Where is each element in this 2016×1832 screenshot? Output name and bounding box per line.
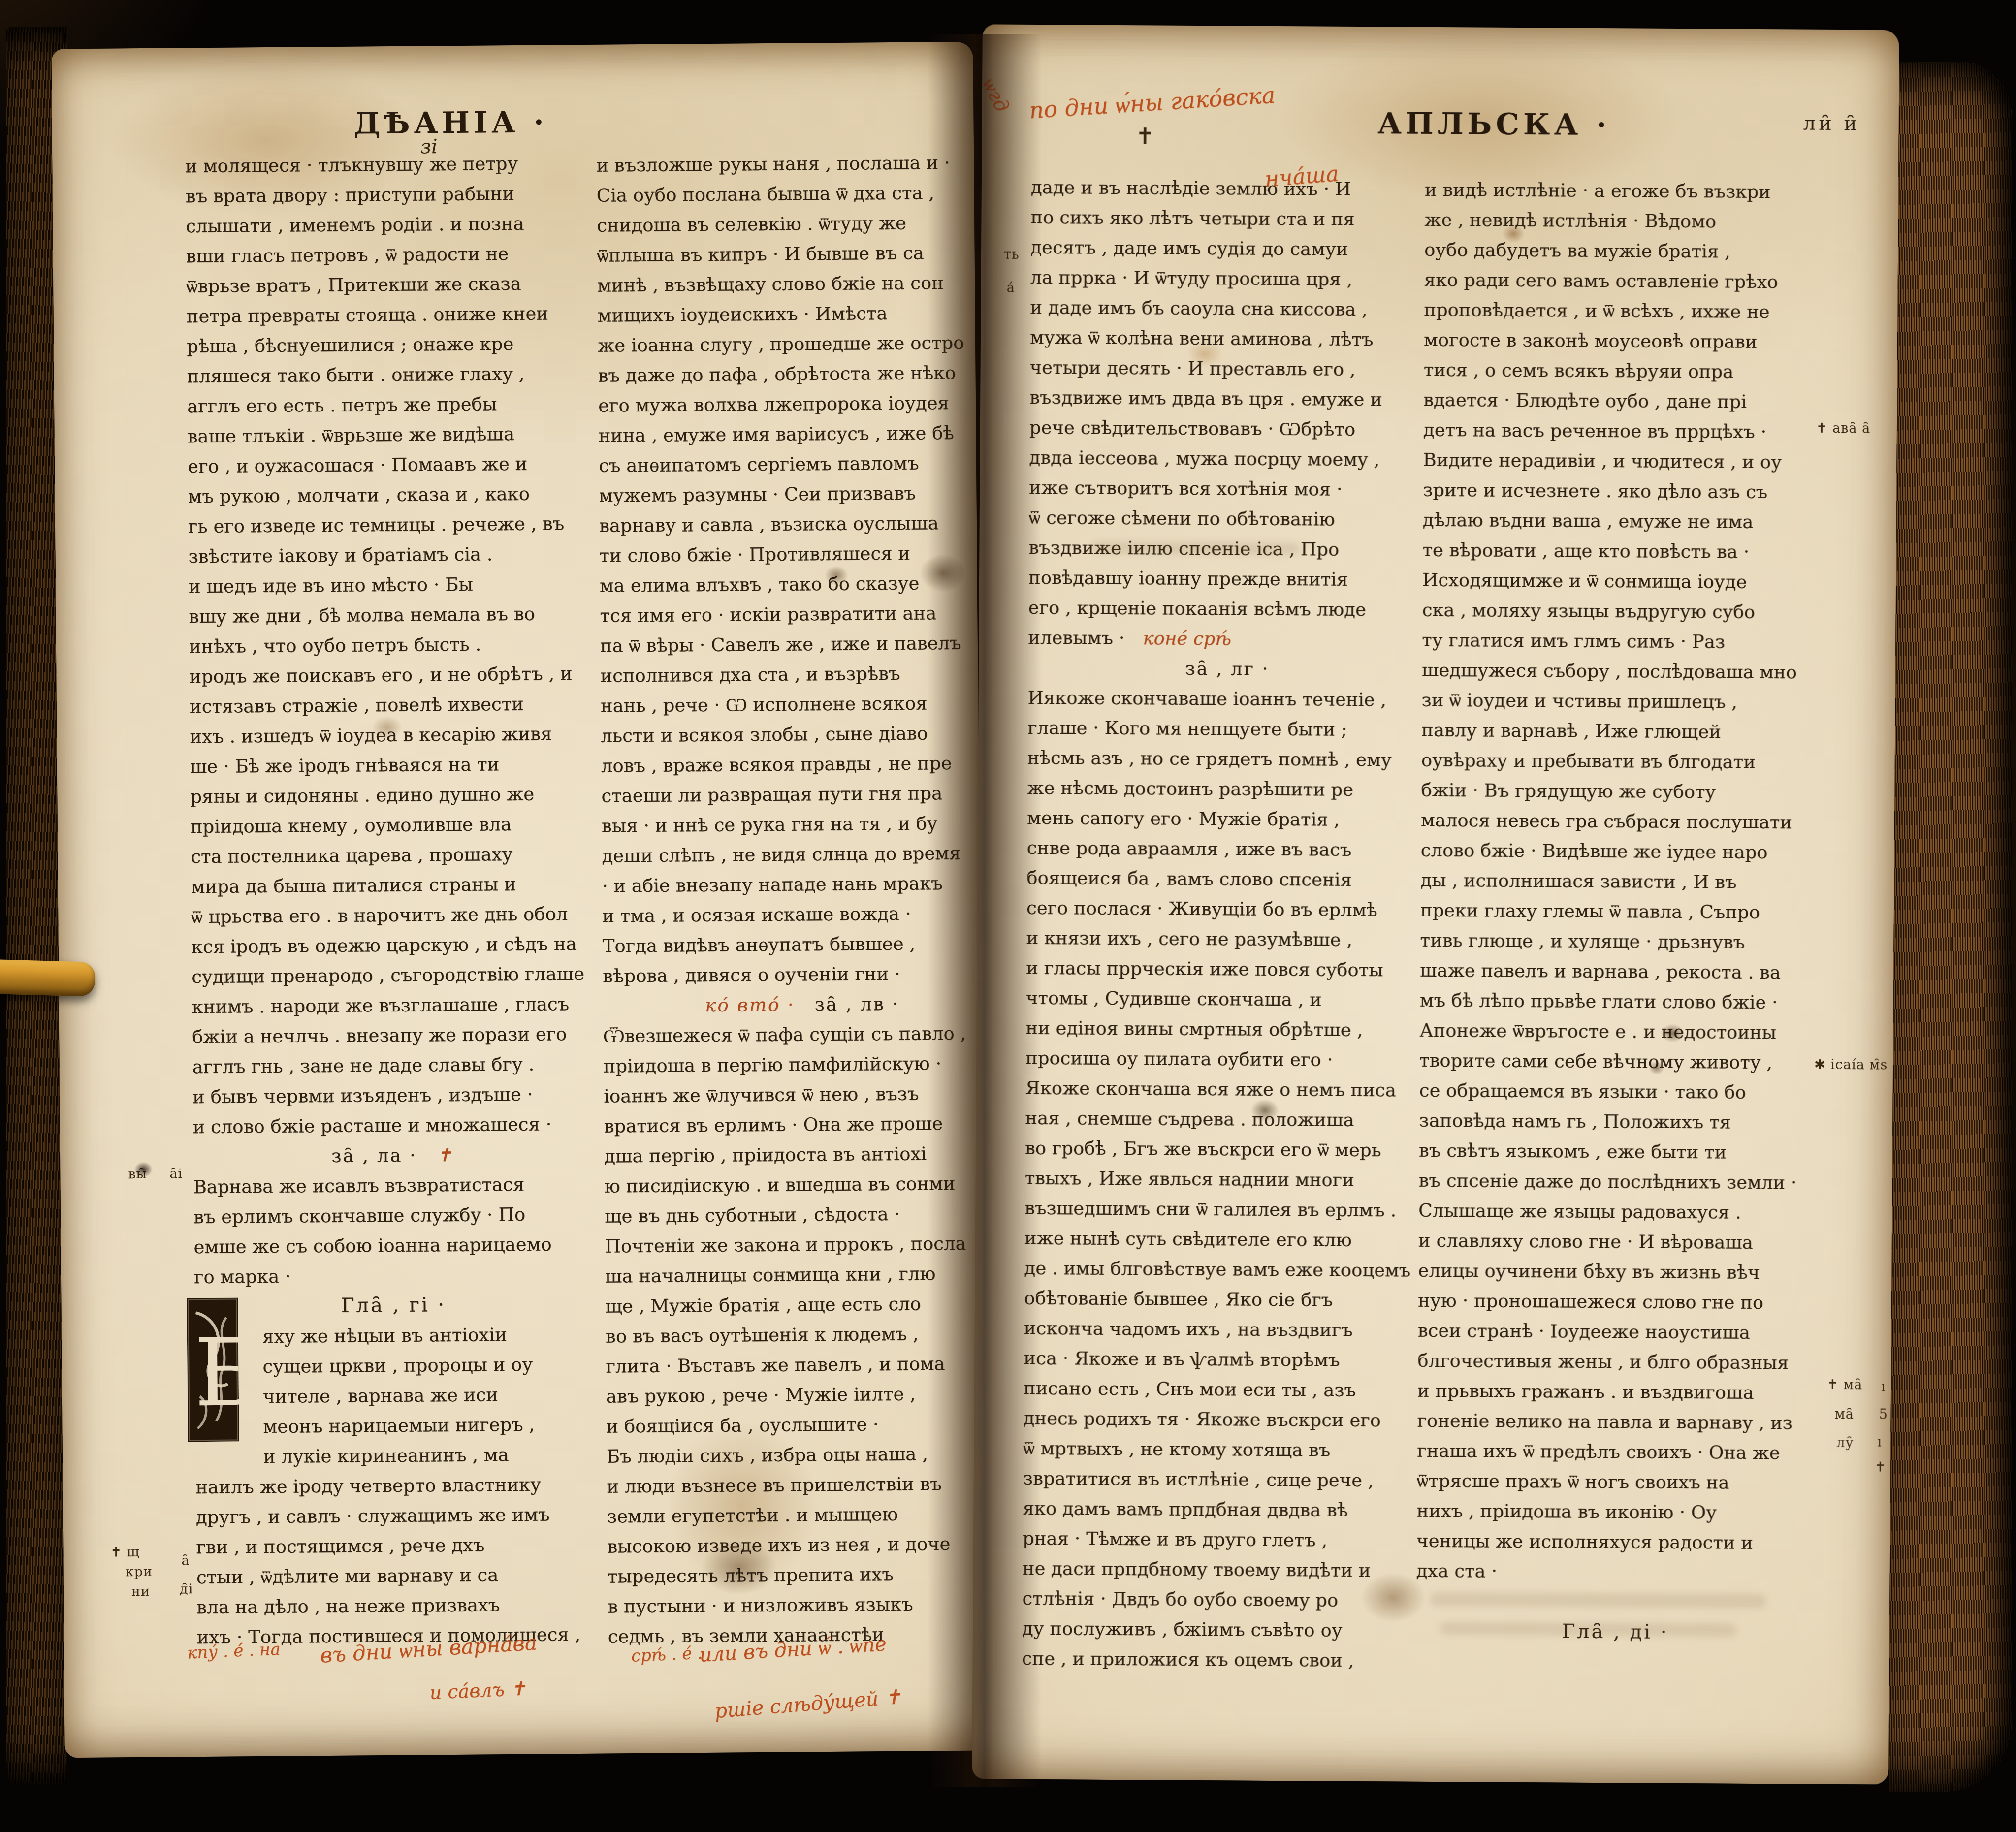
text-line: петра превраты стояща . ониже кнеи <box>186 298 585 331</box>
bookmark-stick <box>0 959 96 997</box>
text-line: зи ѿ іоудеи и чстивы пришлецъ , <box>1421 685 1820 718</box>
text-line: стаеши ли развращая пути гня пра <box>601 778 1000 811</box>
text-line: снве рода авраамля , иже въ васъ <box>1027 833 1426 865</box>
text-line: ѿ мртвыхъ , не ктому хотяща въ <box>1023 1433 1422 1466</box>
text-line: и молящеся · тлъкнувшу же петру <box>185 148 584 181</box>
left-page: ДѢАНІА · зі и молящеся · тлъкнувшу же пе… <box>51 42 986 1758</box>
text-line: рече свѣдительствовавъ · Ѡбрѣто <box>1029 412 1428 445</box>
text-line: ная , снемше съдрева . положиша <box>1025 1103 1424 1136</box>
zachalo-mark: за̑ , ла · ✝ <box>193 1139 592 1172</box>
text-line: ѿврьзе вратъ , Притекши же сказа <box>186 268 585 301</box>
text-line: высокою изведе ихъ из нея , и доче <box>607 1528 1006 1561</box>
text-line: Почтеніи же закона и пррокъ , посла <box>605 1228 1003 1261</box>
text-line: · и абіе внезапу нападе нань мракъ <box>602 868 1001 901</box>
text-line: варнаву и савла , възиска оуслыша <box>599 507 998 540</box>
text-line: во въ васъ оутѣшенія к людемъ , <box>606 1318 1004 1351</box>
rubric-annotation: и са́влъ ✝ <box>429 1678 527 1704</box>
text-line: чителе , варнава же иси <box>195 1379 594 1412</box>
text-line: Бъ людіи сихъ , избра оцы наша , <box>607 1438 1005 1471</box>
text-line: вла на дѣло , на неже призвахъ <box>196 1589 595 1622</box>
text-line: вши гласъ петровъ , ѿ радости не <box>186 238 584 271</box>
text-line: и тма , и осязая искаше вожда · <box>602 898 1001 931</box>
text-line: Слышаще же языцы радовахуся . <box>1418 1196 1817 1228</box>
text-line: стлѣнія · Двдъ бо оубо своему ро <box>1022 1583 1421 1616</box>
margin-note: кри <box>126 1564 153 1579</box>
text-line: земли егупетстѣи . и мышцею <box>607 1498 1006 1531</box>
margin-note: ✝ ава̑ а̑ <box>1816 421 1870 437</box>
text-line: възшедшимъ сни ѿ галилея въ ерлмъ . <box>1024 1193 1423 1226</box>
text-line: яху же нѣцыи въ антіохіи <box>194 1319 593 1352</box>
text-line: деши слѣпъ , не видя слнца до время <box>602 838 1000 871</box>
right-column-1: даде и въ наслѣдіе землю ихъ · Ипо сихъ … <box>1022 172 1430 1676</box>
text-line: обѣтованіе бывшее , Яко сіе бгъ <box>1024 1283 1423 1316</box>
text-line: въ спсеніе даже до послѣднихъ земли · <box>1418 1166 1817 1198</box>
text-line: съ анѳипатомъ сергіемъ павломъ <box>599 447 997 480</box>
text-line: рѣша , бѣснуешилися ; онаже кре <box>187 328 585 361</box>
text-line: дша пергію , пріидоста въ антіохі <box>604 1138 1003 1171</box>
left-running-title: ДѢАНІА · <box>263 104 638 142</box>
text-line: преки глаху глемы ѿ павла , Съпро <box>1420 895 1819 928</box>
text-line: ма елима влъхвъ , тако бо сказуе <box>600 568 998 600</box>
text-line: чтомы , Судивше скончаша , и <box>1026 983 1425 1015</box>
text-line: те вѣровати , аще кто повѣсть ва · <box>1422 535 1821 568</box>
text-line: ду послуживъ , бжіимъ съвѣто оу <box>1022 1613 1421 1646</box>
text-line: детъ на васъ реченное въ пррцѣхъ · <box>1423 415 1822 447</box>
text-line: де . имы блговѣствуе вамъ еже кооцемъ <box>1024 1253 1423 1286</box>
text-line: ту глатися имъ глмъ симъ · Раз <box>1422 625 1821 658</box>
text-line: книмъ . народи же възглашаше , гласъ <box>192 989 590 1022</box>
text-line: нѣсмь азъ , но се грядетъ помнѣ , ему <box>1027 743 1426 775</box>
text-line: даде и въ наслѣдіе землю ихъ · И <box>1031 172 1430 205</box>
text-line: и слово бжіе расташе и множашеся · <box>192 1109 591 1142</box>
text-line: тивь глюще , и хуляще · дрьзнувъ <box>1420 925 1819 958</box>
text-line: глита · Въставъ же павелъ , и пома <box>606 1348 1004 1381</box>
text-line: Видите нерадивіи , и чюдитеся , и оу <box>1423 445 1822 477</box>
text-line: творите сами себе вѣчному животу , <box>1419 1045 1818 1078</box>
text-line: тися , о семъ всякъ вѣруяи опра <box>1423 355 1822 387</box>
text-line: нань , рече · Ѡ исполнене всякоя <box>601 688 999 721</box>
text-line: ченицы же исполняхуся радости и <box>1416 1526 1815 1558</box>
text-line: и бывъ червми изъяденъ , издъше · <box>192 1079 591 1112</box>
margin-note: лу̑ <box>1836 1435 1854 1451</box>
text-line: Апонеже ѿвръгосте е . и недостоины <box>1419 1015 1818 1048</box>
rubric-annotation: ѡгд <box>977 74 1014 116</box>
text-line: въ свѣтъ языкомъ , еже быти ти <box>1419 1136 1818 1168</box>
text-line: Ѿвезшежеся ѿ пафа сущіи съ павло , ✝ <box>603 1018 1002 1051</box>
margin-note: ✝ щ <box>110 1545 140 1560</box>
text-line: тыредесять лѣтъ препита ихъ <box>608 1558 1006 1591</box>
text-line: мужемъ разумны · Сеи призвавъ <box>599 477 997 510</box>
text-line: Иякоже скончаваше іоаннъ теченіе , <box>1027 683 1426 715</box>
text-line: заповѣда намъ гь , Положихъ тя <box>1419 1106 1818 1138</box>
text-line: ти слово бжіе · Противляшеся и <box>599 537 998 570</box>
margin-note: а̑і <box>169 1166 183 1181</box>
text-line: исполнився дха ста , и възрѣвъ <box>600 658 999 691</box>
text-line: выя · и ннѣ се рука гня на тя , и бу <box>602 808 1000 841</box>
text-line: слышати , именемъ родіи . и позна <box>186 208 584 241</box>
text-line: мень сапогу его · Мужіе братія , <box>1027 803 1426 835</box>
rubric-annotation: ршіе слѣду́щей ✝ <box>714 1686 902 1723</box>
text-line: елицы оучинени бѣху въ жизнь вѣч <box>1418 1256 1817 1288</box>
show-through-text <box>1440 1622 1736 1637</box>
text-line: агглъ гнь , зане не даде славы бгу . <box>192 1049 591 1082</box>
text-line: дха ста · <box>1416 1556 1815 1588</box>
text-line: в пустыни · и низложивъ языкъ <box>608 1588 1006 1621</box>
text-line: не даси прпдбному твоему видѣти и <box>1023 1553 1421 1586</box>
text-line: гви , и постящимся , рече дхъ <box>196 1529 595 1562</box>
margin-note: ни <box>131 1584 150 1599</box>
text-line: тся имя его · искіи развратити ана <box>600 598 998 631</box>
text-line: звратитися въ истлѣніе , сице рече , <box>1023 1463 1422 1496</box>
text-line: вшу же дни , бѣ молва немала въ во <box>189 599 587 632</box>
text-line: иже нынѣ суть свѣдителе его клю <box>1024 1223 1423 1256</box>
text-line: іоаннъ же ѿлучився ѿ нею , възъ <box>604 1078 1002 1111</box>
text-line: дѣлаю въдни ваша , емуже не има <box>1423 505 1822 537</box>
text-line: же нѣсмь достоинъ разрѣшити ре <box>1027 773 1426 805</box>
text-line: малося невесь гра събрася послушати <box>1421 805 1820 838</box>
text-line: шаже павелъ и варнава , рекоста . ва <box>1420 955 1819 988</box>
text-line: шедшужеся събору , послѣдоваша мно <box>1422 655 1821 688</box>
margin-note: 5 <box>1879 1407 1888 1422</box>
text-line: авъ рукою , рече · Мужіе іилте , <box>606 1378 1005 1411</box>
text-line: во гробѣ , Бгъ же въскрси его ѿ мерь <box>1025 1133 1424 1166</box>
text-line: ваше тлъкіи . ѿврьзше же видѣша <box>187 418 586 451</box>
text-line: по сихъ яко лѣтъ четыри ста и пя <box>1030 202 1429 235</box>
text-line: агглъ его есть . петръ же пребы <box>187 388 586 421</box>
text-line: мъ рукою , молчати , сказа и , како <box>188 478 586 511</box>
text-line: илевымъ · коне́ срѣ́ <box>1028 623 1427 655</box>
text-line: сущеи цркви , пророцы и оу <box>194 1349 593 1382</box>
text-line: и шедъ иде въ ино мѣсто · Бы <box>189 569 587 601</box>
text-line: мищихъ іоудеискихъ · Имѣста <box>597 297 996 330</box>
text-line: ловъ , враже всякоя правды , не пре <box>601 748 1000 781</box>
text-line: глаше · Кого мя непщуете быти ; <box>1027 713 1426 745</box>
text-line: ни едіноя вины смртныя обрѣтше , <box>1025 1013 1424 1045</box>
margin-note: д̑і <box>180 1581 193 1597</box>
text-line: ряны и сидоняны . едино душно же <box>190 779 589 812</box>
text-line: оувѣраху и пребывати въ блгодати <box>1421 745 1820 778</box>
text-line: вдается · Блюдѣте оубо , дане прі <box>1423 385 1822 417</box>
text-line: бжіи · Въ грядущую же суботу <box>1421 775 1820 808</box>
text-line: вратися въ ерлимъ · Она же проше <box>604 1108 1002 1141</box>
text-line: зрите и исчезнете . яко дѣло азъ съ <box>1423 475 1822 507</box>
text-line: ша началницы сонмища кни , глю <box>605 1258 1004 1291</box>
margin-note: ма̑ <box>1835 1407 1854 1422</box>
text-line: днесь родихъ тя · Якоже въскрси его <box>1023 1403 1422 1436</box>
text-line: и видѣ истлѣніе · а егоже бъ възкри <box>1425 175 1824 207</box>
ornate-initial-B: Б <box>187 1298 239 1444</box>
text-line: въ ерлимъ скончавше службу · По <box>193 1199 592 1232</box>
folio-number: ли̑ и̑ <box>1803 112 1860 135</box>
ink-cross-mark: ✝ <box>1135 123 1155 149</box>
text-line: льсти и всякоя злобы , сыне діаво <box>601 718 999 751</box>
margin-note: ✝ <box>1875 1459 1887 1475</box>
text-line: и прьвыхъ гражанъ . и въздвигоша <box>1417 1376 1816 1408</box>
text-line: го марка · <box>194 1259 593 1292</box>
left-column-1: и молящеся · тлъкнувшу же петрувъ врата … <box>185 148 596 1652</box>
margin-note: ✱ ісаі́а м̑ѕ <box>1814 1057 1888 1073</box>
text-line: меонъ нарицаемыи нигеръ , <box>195 1409 594 1442</box>
show-through-text <box>1431 1592 1765 1608</box>
text-line: вѣрова , дивяся о оученіи гни · <box>603 958 1001 991</box>
text-line: просиша оу пилата оубити его · <box>1025 1043 1424 1075</box>
show-through-text <box>1092 542 1299 555</box>
text-line: гнаша ихъ ѿ предѣлъ своихъ · Она же <box>1417 1436 1816 1468</box>
text-line: и славляху слово гне · И вѣроваша <box>1418 1226 1817 1258</box>
text-line: звѣстите іакову и братіамъ сіа . <box>188 538 587 571</box>
text-line: въ врата двору : приступи рабыни <box>186 178 584 211</box>
text-line: и люди възнесе въ пришелствіи въ <box>607 1468 1005 1501</box>
left-column-2: и възложше рукы наня , послаша и ·Сіа оу… <box>596 147 1007 1651</box>
text-line: ную · проношашежеся слово гне по <box>1418 1286 1817 1318</box>
text-line: мужа ѿ колѣна вени аминова , лѣтъ <box>1030 322 1429 355</box>
text-line: пріидоша в пергію памфилійскую · <box>603 1048 1002 1081</box>
text-line: се обращаемся въ языки · тако бо <box>1419 1075 1818 1108</box>
text-line: рная · Тѣмже и въ друго глетъ , <box>1023 1523 1421 1556</box>
text-line: слово бжіе · Видѣвше же іудее наро <box>1420 835 1819 868</box>
text-line: десятъ , даде имъ судія до самуи <box>1030 232 1429 265</box>
text-line: Тогда видѣвъ анѳупатъ бывшее , <box>603 928 1001 961</box>
text-line: ще въ днь суботныи , сѣдоста · <box>605 1198 1003 1231</box>
text-line: блгочестивыя жены , и блго образныя <box>1417 1346 1816 1378</box>
text-line: ще , Мужіе братія , аще есть сло <box>605 1288 1004 1321</box>
text-line: павлу и варнавѣ , Иже глющей <box>1421 715 1820 748</box>
rubric-note: ко́ вто́ · <box>705 994 815 1016</box>
text-line: ю писидіискую . и вшедша въ сонми <box>604 1168 1003 1201</box>
rubric-annotation: срѣ́ . е́ . <box>631 1643 703 1666</box>
rubric-annotation: по дни ѡ́ны гако́вска <box>1028 82 1276 124</box>
text-line: его , и оужасошася · Помаавъ же и <box>188 448 586 481</box>
text-line: гоненіе велико на павла и варнаву , из <box>1417 1406 1816 1438</box>
text-line: снидоша въ селевкію . ѿтуду же <box>597 207 995 240</box>
text-line: ла пррка · И ѿтуду просиша цря , <box>1030 262 1429 295</box>
margin-note: а̑ <box>181 1553 190 1568</box>
text-line: двда іессеова , мужа посрцу моему , <box>1029 442 1428 475</box>
text-line: четыри десять · И преставль его , <box>1029 352 1428 385</box>
text-line: нихъ , пріидоша въ иконію · Оу <box>1416 1496 1815 1528</box>
text-line: могосте в законѣ моусеовѣ оправи <box>1424 325 1823 357</box>
text-line: яко ради сего вамъ оставленіе грѣхо <box>1424 265 1823 297</box>
text-line: ѿ црьства его . в нарочитъ же днь обол <box>191 899 590 932</box>
text-line: всеи странѣ · Іоудееже наоустиша <box>1418 1316 1817 1348</box>
right-page: АПЛЬСКА · ли̑ и̑ ✝ даде и въ наслѣдіе зе… <box>972 24 1899 1784</box>
text-line: ше · Бѣ же іродъ гнѣваяся на ти <box>190 749 589 782</box>
text-line: и гласы пррческія иже повся суботы <box>1026 953 1425 985</box>
text-line: истязавъ стражіе , повелѣ ихвести <box>190 689 588 722</box>
text-line: Варнава же исавлъ възвратистася <box>193 1169 592 1202</box>
zachalo-mark: за̑ , лг · <box>1028 653 1427 685</box>
text-line: инѣхъ , что оубо петръ бысть . <box>189 629 588 662</box>
text-line: пляшеся тако быти . ониже глаху , <box>187 358 585 391</box>
text-line: сего послася · Живущіи бо въ ерлмѣ <box>1026 893 1425 925</box>
text-line: же , невидѣ истлѣнія · Вѣдомо <box>1424 205 1823 237</box>
text-line: же іоанна слугу , прошедше же остро <box>598 327 996 360</box>
text-line: кся іродъ въ одежю царскую , и сѣдъ на <box>191 929 590 962</box>
text-line: судищи пренародо , съгородствію глаше <box>192 959 590 992</box>
text-line: па ѿ вѣры · Савелъ же , иже и павелъ <box>600 628 999 661</box>
text-line: ѿтрясше прахъ ѿ ногъ своихъ на <box>1417 1466 1816 1498</box>
text-line: въ даже до пафа , обрѣтоста же нѣко <box>598 357 996 390</box>
text-line: бжіи а нечлчь . внезапу же порази его <box>192 1019 591 1052</box>
text-line: иродъ же поискавъ его , и не обрѣтъ , и <box>189 659 588 692</box>
text-line: спе , и приложися къ оцемъ свои , <box>1022 1643 1420 1676</box>
margin-note: вы̑ <box>128 1167 147 1182</box>
text-line: проповѣдается , и ѿ всѣхъ , ихже не <box>1424 295 1823 327</box>
text-line: ды , исполнишася зависти , И въ <box>1420 865 1819 898</box>
chapter-heading: Гла̑ , гі · <box>194 1289 593 1322</box>
text-line: и възложше рукы наня , послаша и · <box>596 147 995 180</box>
text-line: ѿплыша въ кипръ · И бывше въ са <box>597 237 995 270</box>
text-line: исконча чадомъ ихъ , на въздвигъ <box>1024 1313 1423 1346</box>
text-line: наилъ же іроду четверто властнику <box>195 1469 594 1502</box>
text-line: его , крщеніе покаанія всѣмъ люде <box>1028 593 1427 625</box>
text-line: гь его изведе ис темницы . речеже , въ <box>188 508 587 541</box>
text-line: иса · Якоже и въ ѱалмѣ вторѣмъ <box>1024 1343 1422 1376</box>
right-column-2: и видѣ истлѣніе · а егоже бъ възкриже , … <box>1416 175 1824 1648</box>
margin-note: ть <box>1004 247 1020 262</box>
rubric-annotation: кпу́ . е́ . на <box>187 1640 281 1663</box>
zachalo-mark: ко́ вто́ · за̑ , лв · <box>603 988 1001 1021</box>
text-line: твыхъ , Иже явлься наднии многи <box>1024 1163 1423 1196</box>
margin-note: а́ <box>1007 281 1015 296</box>
text-line: ска , моляху языцы въдругую субо <box>1422 595 1821 628</box>
margin-note: ı <box>1877 1435 1882 1450</box>
text-line: иже сътворитъ вся хотѣнія моя · <box>1029 473 1428 505</box>
text-line: боящеися ба , вамъ слово спсенія <box>1026 863 1425 895</box>
rubric-note: ✝ <box>417 1144 453 1166</box>
text-line: нина , емуже имя варіисусъ , иже бѣ <box>598 417 997 450</box>
text-line: емше же съ собою іоанна нарицаемо <box>193 1229 592 1262</box>
text-line: пріидоша кнему , оумоливше вла <box>191 809 589 842</box>
margin-note: ı <box>1881 1380 1886 1395</box>
text-line: ихъ . изшедъ ѿ іоудеа в кесарію живя <box>190 719 588 752</box>
text-line: ста постелника царева , прошаху <box>191 839 589 872</box>
margin-note: ✝ ма̑ <box>1827 1377 1863 1392</box>
text-line: Исходящимже и ѿ сонмища іоуде <box>1422 565 1821 598</box>
text-line: минѣ , възвѣщаху слово бжіе на сон <box>597 267 996 300</box>
right-page-stack-edge <box>1888 62 2012 1792</box>
text-line: стыи , ѿдѣлите ми варнаву и са <box>196 1559 595 1592</box>
text-line: его мужа волхва лжепророка іоудея <box>598 387 997 420</box>
text-line: Сіа оубо послана бывша ѿ дха ста , <box>597 177 995 210</box>
text-line: мира да быша питалися страны и <box>191 869 590 902</box>
text-line: и князи ихъ , сего не разумѣвше , <box>1026 923 1425 955</box>
text-line: другъ , и савлъ · служащимъ же имъ <box>196 1499 595 1532</box>
text-line: оубо дабудетъ ва мужіе братія , <box>1424 235 1823 267</box>
text-line: мъ бѣ лѣпо прьвѣе глати слово бжіе · <box>1420 985 1819 1018</box>
text-line: ѿ сегоже сѣмени по обѣтованію <box>1029 503 1428 535</box>
text-line: въздвиже имъ двда въ цря . емуже и <box>1029 382 1428 415</box>
text-line: яко дамъ вамъ прпдбная двдва вѣ <box>1023 1493 1421 1526</box>
text-line: и даде имъ бъ саоула сна киссова , <box>1030 292 1429 325</box>
text-line: писано есть , Снъ мои еси ты , азъ <box>1024 1373 1422 1406</box>
photo-of-open-book: ДѢАНІА · зі и молящеся · тлъкнувшу же пе… <box>0 0 2016 1832</box>
right-running-title: АПЛЬСКА · <box>1326 106 1661 143</box>
text-line: и лукіе киринеанинъ , ма <box>195 1439 594 1472</box>
rubric-note: коне́ срѣ́ <box>1124 628 1231 649</box>
text-line: Якоже скончаша вся яже о немъ писа <box>1025 1073 1424 1106</box>
text-line: повѣдавшу іоанну прежде внитія <box>1028 563 1427 595</box>
text-line: и боящіися ба , оуслышите · <box>606 1408 1005 1441</box>
